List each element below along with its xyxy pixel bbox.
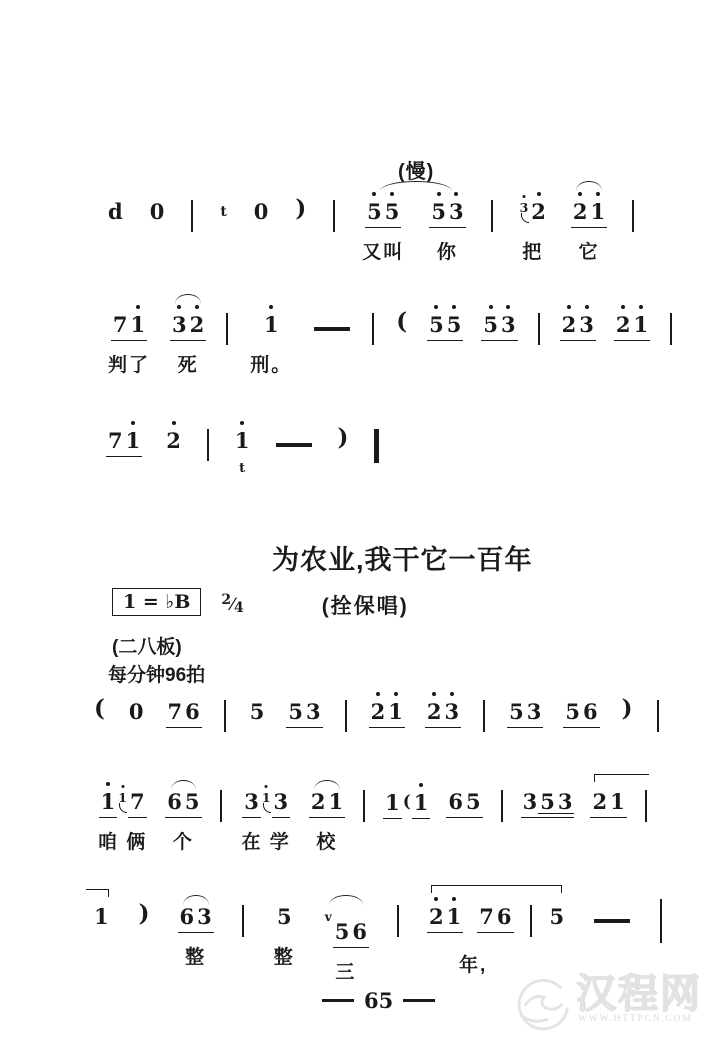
note: 5 bbox=[431, 200, 446, 224]
note-cell: 76 bbox=[168, 686, 200, 724]
grace-note: 3 bbox=[520, 201, 529, 214]
note-cell: 65个 bbox=[167, 776, 199, 854]
barline bbox=[363, 790, 365, 822]
notes: 56 bbox=[565, 700, 597, 724]
notes: 117 bbox=[101, 790, 145, 814]
note-cell: 0 bbox=[254, 186, 269, 224]
note-cell: 55 bbox=[429, 299, 461, 337]
notes: 71 bbox=[113, 313, 145, 337]
note-cell: 23 bbox=[427, 686, 459, 724]
note: 3 bbox=[558, 790, 573, 814]
lyric: 判了 bbox=[108, 350, 150, 377]
note: 3 bbox=[306, 700, 321, 724]
note-cell: 5 bbox=[550, 891, 565, 929]
parenthesis: ) bbox=[622, 695, 633, 722]
note-cell: 71判了 bbox=[108, 299, 150, 377]
grace-note: 1 bbox=[118, 791, 127, 804]
lyric: 在 学 bbox=[242, 827, 291, 854]
note: 1 bbox=[101, 790, 116, 814]
notes: d bbox=[108, 200, 123, 224]
note-cell: 1刑。 bbox=[250, 299, 292, 377]
note-cell: t bbox=[220, 186, 226, 227]
group-notes: 21765 bbox=[429, 891, 564, 937]
note: 5 bbox=[335, 920, 350, 944]
lyric: 死 bbox=[178, 350, 199, 377]
note-cell: 5 bbox=[250, 686, 265, 724]
lyric: 又叫 bbox=[362, 237, 404, 264]
notes: 21 bbox=[371, 700, 403, 724]
barline bbox=[670, 313, 672, 345]
note-cell: 21 bbox=[592, 776, 624, 814]
note: 1 bbox=[447, 905, 462, 929]
notes: 313 bbox=[244, 790, 288, 814]
note: 2 bbox=[429, 905, 444, 929]
note: 2 bbox=[531, 200, 546, 224]
note: 3 bbox=[579, 313, 594, 337]
note-cell: 65 bbox=[448, 776, 480, 814]
note: 5 bbox=[483, 313, 498, 337]
notes: 0 bbox=[254, 200, 269, 224]
note: 6 bbox=[352, 920, 367, 944]
note-cell: 55又叫 bbox=[362, 186, 404, 264]
notes: 1 bbox=[94, 905, 109, 929]
note: 2 bbox=[166, 429, 181, 453]
note-cell: 23 bbox=[562, 299, 594, 337]
page-number-right-rule bbox=[403, 999, 435, 1002]
note: 3 bbox=[244, 790, 259, 814]
note: t bbox=[220, 200, 226, 224]
note: 7 bbox=[168, 700, 183, 724]
barline bbox=[538, 313, 540, 345]
note-cell: 53 bbox=[509, 686, 541, 724]
notes: 53 bbox=[483, 313, 515, 337]
note: 3 bbox=[445, 700, 460, 724]
note-cell: 2 bbox=[166, 415, 181, 453]
note: 3 bbox=[527, 700, 542, 724]
note: 3 bbox=[172, 313, 187, 337]
notes: 32 bbox=[520, 200, 546, 224]
notes: 55 bbox=[367, 200, 399, 224]
parenthesis: ) bbox=[338, 424, 349, 451]
notes: 63 bbox=[180, 905, 212, 929]
note-cell: v56三 bbox=[325, 891, 367, 984]
notes: 53 bbox=[431, 200, 463, 224]
barline bbox=[530, 905, 532, 937]
note: 1 bbox=[126, 429, 141, 453]
time-signature-numerator: 2 bbox=[221, 592, 231, 608]
notes: 23 bbox=[562, 313, 594, 337]
music-line-3: 7121t) bbox=[108, 415, 379, 476]
parenthesis: ( bbox=[94, 695, 105, 722]
note: 5 bbox=[367, 200, 382, 224]
note: 2 bbox=[573, 200, 588, 224]
music-line-5: 117咱 俩65个313在 学21校1(16535321 bbox=[98, 776, 647, 854]
grace-hook bbox=[521, 213, 529, 223]
note: 7 bbox=[113, 313, 128, 337]
note: 6 bbox=[583, 700, 598, 724]
barline bbox=[660, 899, 662, 943]
notes: 5 bbox=[550, 905, 565, 929]
notes: 0 bbox=[129, 700, 144, 724]
note: 2 bbox=[427, 700, 442, 724]
note: 1 bbox=[131, 313, 146, 337]
note: 1 bbox=[634, 313, 649, 337]
notes: 76 bbox=[168, 700, 200, 724]
note-cell: 32死 bbox=[172, 299, 204, 377]
note-cell: 32把 bbox=[520, 186, 546, 264]
barline bbox=[374, 429, 379, 463]
time-signature-denominator: 4 bbox=[234, 600, 244, 616]
parenthesis: ) bbox=[295, 195, 306, 222]
lyric: 咱 俩 bbox=[98, 827, 147, 854]
barline bbox=[345, 700, 347, 732]
note-cell: 53 bbox=[483, 299, 515, 337]
note: 2 bbox=[190, 313, 205, 337]
note-cell: 1t bbox=[235, 415, 250, 476]
notes: 65 bbox=[167, 790, 199, 814]
note: 7 bbox=[479, 905, 494, 929]
note: 1 bbox=[610, 790, 625, 814]
barline bbox=[333, 200, 335, 232]
time-signature: 2⁄4 bbox=[221, 592, 243, 616]
notes: 1 bbox=[264, 313, 279, 337]
note-cell: 63整 bbox=[180, 891, 212, 969]
note-cell: 5整 bbox=[274, 891, 295, 969]
notes: 76 bbox=[479, 905, 511, 929]
barline bbox=[372, 313, 374, 345]
rest-note: 0 bbox=[129, 700, 144, 724]
tempo-change-label: (慢) bbox=[398, 155, 434, 184]
dash-note bbox=[314, 327, 350, 331]
note: 5 bbox=[540, 790, 555, 814]
barline bbox=[501, 790, 503, 822]
note-cell: 0 bbox=[129, 686, 144, 724]
note-cell: 1(1 bbox=[385, 776, 428, 815]
notes: 53 bbox=[509, 700, 541, 724]
note: 5 bbox=[185, 790, 200, 814]
notes: 21 bbox=[592, 790, 624, 814]
note: 5 bbox=[509, 700, 524, 724]
notes: 65 bbox=[448, 790, 480, 814]
note: 5 bbox=[277, 905, 292, 929]
rest-note: 0 bbox=[254, 200, 269, 224]
lyric: 刑。 bbox=[250, 350, 292, 377]
note: 1 bbox=[414, 791, 429, 815]
music-line-1: d0t0)55又叫53你32把21它 bbox=[108, 186, 634, 264]
barline bbox=[226, 313, 228, 345]
note: 1 bbox=[385, 791, 400, 815]
note: 2 bbox=[592, 790, 607, 814]
note-cell: 21 bbox=[429, 891, 461, 929]
lyric: 整 bbox=[274, 942, 295, 969]
note-cell: 0 bbox=[150, 186, 165, 224]
notes: 23 bbox=[427, 700, 459, 724]
notes: 2 bbox=[166, 429, 181, 453]
sheet-music-page: (慢) 为农业,我干它一百年 1 = ♭B 2⁄4 (拴保唱) (二八板) 每分… bbox=[0, 0, 710, 1054]
note: 3 bbox=[197, 905, 212, 929]
notes: 5 bbox=[250, 700, 265, 724]
notes: 21 bbox=[311, 790, 343, 814]
note: 6 bbox=[185, 700, 200, 724]
lyric: t bbox=[239, 461, 245, 476]
note: 5 bbox=[550, 905, 565, 929]
lyric: 它 bbox=[579, 237, 600, 264]
note: 6 bbox=[180, 905, 195, 929]
note: 1 bbox=[94, 905, 109, 929]
lyric: 个 bbox=[173, 827, 194, 854]
note: 1 bbox=[235, 429, 250, 453]
note: 5 bbox=[288, 700, 303, 724]
notes: 71 bbox=[108, 429, 140, 453]
rest-note: 0 bbox=[150, 200, 165, 224]
page-number-value: 65 bbox=[364, 988, 393, 1013]
page-number-left-rule bbox=[322, 999, 354, 1002]
grace-hook bbox=[263, 803, 271, 813]
note-cell: 1 bbox=[94, 891, 109, 929]
notes: 53 bbox=[288, 700, 320, 724]
notes: 0 bbox=[150, 200, 165, 224]
note: 3 bbox=[523, 790, 538, 814]
note-cell: 21它 bbox=[573, 186, 605, 264]
note-group: 21765年, bbox=[429, 891, 564, 977]
note: 1 bbox=[264, 313, 279, 337]
note: 6 bbox=[497, 905, 512, 929]
note: 1 bbox=[591, 200, 606, 224]
barline bbox=[224, 700, 226, 732]
note: 2 bbox=[562, 313, 577, 337]
barline bbox=[207, 429, 209, 461]
note: 3 bbox=[501, 313, 516, 337]
note: 6 bbox=[167, 790, 182, 814]
music-line-4: (07655321235356) bbox=[94, 686, 659, 732]
notes: 1(1 bbox=[385, 790, 428, 815]
music-line-6: 1)63整5整v56三21765年, bbox=[94, 891, 662, 984]
page-number: 65 bbox=[322, 988, 435, 1013]
note-cell: d bbox=[108, 186, 123, 224]
note-cell: 353 bbox=[523, 776, 573, 814]
note: 7 bbox=[108, 429, 123, 453]
notes: v56 bbox=[325, 905, 367, 944]
note: 5 bbox=[250, 700, 265, 724]
notes: 21 bbox=[429, 905, 461, 929]
key-signature-box: 1 = ♭B bbox=[112, 588, 201, 616]
barline bbox=[645, 790, 647, 822]
note: d bbox=[108, 200, 123, 224]
parenthesis: ) bbox=[139, 900, 150, 927]
grace-hook bbox=[119, 803, 127, 813]
grace-note: 1 bbox=[262, 791, 271, 804]
note: 5 bbox=[565, 700, 580, 724]
lyric: 年, bbox=[459, 950, 487, 977]
barline bbox=[491, 200, 493, 232]
note: 1 bbox=[328, 790, 343, 814]
notes: 5 bbox=[277, 905, 292, 929]
lyric: 整 bbox=[185, 942, 206, 969]
lyric: 三 bbox=[335, 957, 356, 984]
note-cell: 53 bbox=[288, 686, 320, 724]
note: 5 bbox=[429, 313, 444, 337]
note: 7 bbox=[130, 790, 145, 814]
note-cell: 76 bbox=[479, 891, 511, 929]
barline bbox=[191, 200, 193, 232]
metronome-label: 每分钟96拍 bbox=[108, 660, 205, 687]
note-cell: 21校 bbox=[311, 776, 343, 854]
notes: 55 bbox=[429, 313, 461, 337]
key-signature-row: 1 = ♭B 2⁄4 (拴保唱) bbox=[112, 588, 409, 620]
note: 5 bbox=[385, 200, 400, 224]
barline bbox=[220, 790, 222, 822]
note-cell: 313在 学 bbox=[242, 776, 291, 854]
note-cell: 117咱 俩 bbox=[98, 776, 147, 854]
note: 1 bbox=[388, 700, 403, 724]
barline bbox=[632, 200, 634, 232]
note: 2 bbox=[616, 313, 631, 337]
lyric: 校 bbox=[316, 827, 337, 854]
barline bbox=[242, 905, 244, 937]
note: 6 bbox=[448, 790, 463, 814]
dash-note bbox=[594, 919, 630, 923]
notes: 21 bbox=[616, 313, 648, 337]
barline bbox=[397, 905, 399, 937]
note-cell: 53你 bbox=[431, 186, 463, 264]
barline bbox=[657, 700, 659, 732]
breath-mark: v bbox=[325, 905, 332, 929]
note: 2 bbox=[371, 700, 386, 724]
music-line-2: 71判了32死1刑。(55532321 bbox=[108, 299, 672, 377]
note: 3 bbox=[274, 790, 289, 814]
note: 2 bbox=[311, 790, 326, 814]
barline bbox=[483, 700, 485, 732]
notes: 353 bbox=[523, 790, 573, 814]
note-cell: 21 bbox=[371, 686, 403, 724]
notes: t bbox=[220, 200, 226, 227]
watermark-site-url: WWW.HTTPCN.COM bbox=[578, 1014, 693, 1024]
song-title: 为农业,我干它一百年 bbox=[272, 538, 533, 577]
lyric: 你 bbox=[437, 237, 458, 264]
notes: 32 bbox=[172, 313, 204, 337]
dash-note bbox=[276, 443, 312, 447]
note: 5 bbox=[447, 313, 462, 337]
note-cell: 56 bbox=[565, 686, 597, 724]
notes: 1 bbox=[235, 429, 250, 453]
note: ( bbox=[403, 790, 411, 814]
note: 5 bbox=[466, 790, 481, 814]
note: 3 bbox=[449, 200, 464, 224]
note-cell: 21 bbox=[616, 299, 648, 337]
parenthesis: ( bbox=[396, 308, 407, 335]
lyric: 把 bbox=[522, 237, 543, 264]
banshi-label: (二八板) bbox=[112, 632, 182, 659]
performer-label: (拴保唱) bbox=[322, 590, 409, 620]
notes: 21 bbox=[573, 200, 605, 224]
note-cell: 71 bbox=[108, 415, 140, 453]
